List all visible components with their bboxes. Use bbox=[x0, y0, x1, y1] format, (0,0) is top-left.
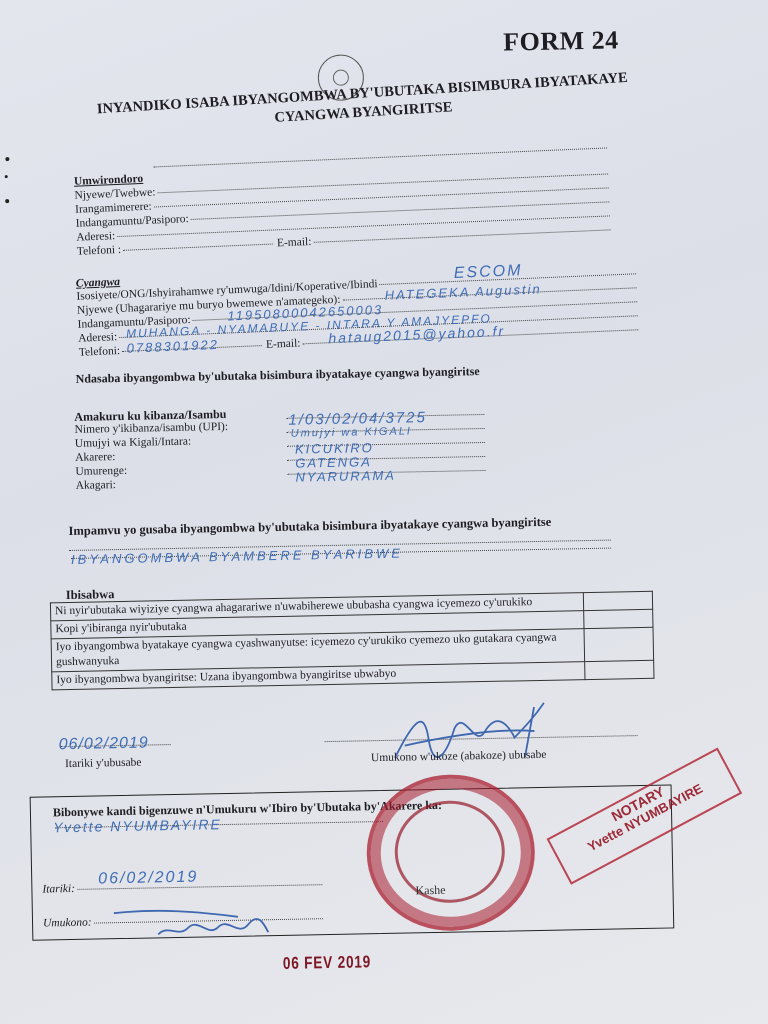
punch-hole-mark bbox=[5, 199, 9, 203]
dotted-line bbox=[153, 147, 607, 167]
received-date-stamp: 06 FEV 2019 bbox=[283, 952, 372, 974]
handwritten-cell: NYARURAMA bbox=[295, 468, 396, 485]
seal-label: Kashe bbox=[415, 883, 445, 899]
reason-field[interactable]: IBYANGOMBWA BYAMBERE BYARIBWE bbox=[69, 550, 611, 561]
parcel-cell-field[interactable]: NYARURAMA bbox=[286, 472, 486, 477]
parcel-cell-label: Akagari: bbox=[76, 479, 116, 492]
requirement-checkbox[interactable] bbox=[585, 660, 654, 679]
officer-signature bbox=[108, 902, 289, 945]
parcel-section: Amakuru ku kibanza/Isambu Nimero y'ikiba… bbox=[74, 402, 496, 500]
parcel-city-label: Umujyi wa Kigali/Intara: bbox=[75, 436, 191, 450]
handwritten-application-date: 06/02/2019 bbox=[58, 734, 148, 754]
fill-line bbox=[123, 244, 273, 251]
section-heading: Umwirondoro bbox=[74, 173, 144, 188]
handwritten-phone: 0788301922 bbox=[126, 337, 219, 356]
requirement-checkbox[interactable] bbox=[583, 591, 652, 610]
form-page: FORM 24 INYANDIKO ISABA IBYANGOMBWA BY'U… bbox=[0, 0, 768, 1024]
handwritten-organization: ESCOM bbox=[453, 262, 522, 283]
requirement-checkbox[interactable] bbox=[584, 627, 654, 661]
parcel-upi-field[interactable]: 1/03/02/04/3725 bbox=[284, 416, 484, 421]
handwritten-city: Umujyi wa KIGALI bbox=[291, 425, 412, 439]
handwritten-verification-date: 06/02/2019 bbox=[98, 869, 198, 889]
individual-section: Umwirondoro Njyewe/Twebwe: Irangamimerer… bbox=[74, 153, 608, 175]
requirement-checkbox[interactable] bbox=[584, 609, 653, 628]
parcel-sector-field[interactable]: GATENGA bbox=[285, 458, 485, 463]
organization-section: Cyangwa Isosiyete/ONG/Ishyirahamwe ry'um… bbox=[76, 254, 636, 277]
requirements-table: Ni nyir'ubutaka wiyiziye cyangwa ahagara… bbox=[50, 591, 655, 691]
form-number: FORM 24 bbox=[503, 25, 619, 57]
application-date-field[interactable]: 06/02/2019 bbox=[59, 746, 171, 749]
parcel-upi-label: Nimero y'ikibanza/isambu (UPI): bbox=[74, 421, 228, 436]
punch-hole-mark bbox=[5, 175, 8, 178]
officer-name-field[interactable]: Yvette NYUMBAYIRE bbox=[53, 823, 383, 830]
parcel-district-field[interactable]: KICUKIRO bbox=[285, 444, 485, 449]
punch-hole-mark bbox=[5, 157, 9, 161]
parcel-city-field[interactable]: Umujyi wa KIGALI bbox=[285, 430, 485, 435]
parcel-sector-label: Umurenge: bbox=[75, 465, 127, 478]
application-date-label: Itariki y'ubusabe bbox=[65, 757, 142, 770]
section-heading: Cyangwa bbox=[76, 276, 121, 290]
handwritten-officer-name: Yvette NYUMBAYIRE bbox=[53, 816, 222, 835]
request-statement: Ndasaba ibyangombwa by'ubutaka bisimbura… bbox=[75, 364, 479, 387]
reason-label: Impamvu yo gusaba ibyangombwa by'ubutaka… bbox=[68, 515, 551, 539]
verification-date-field[interactable]: Itariki: 06/02/2019 bbox=[42, 878, 322, 895]
parcel-district-label: Akarere: bbox=[75, 451, 115, 464]
